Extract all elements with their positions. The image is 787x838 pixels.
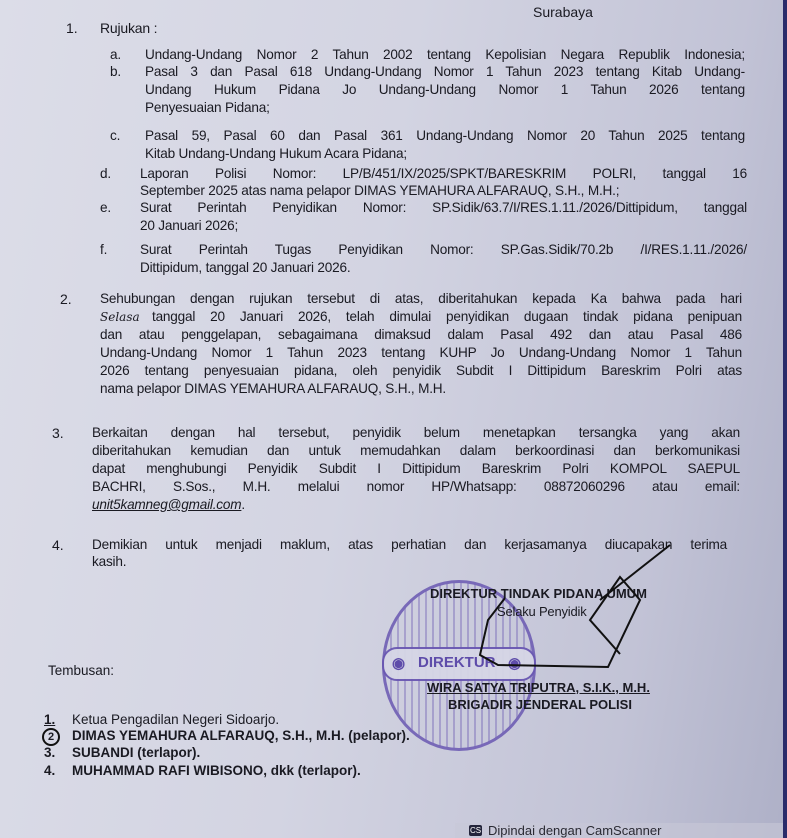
cc-2-number: 2 — [42, 728, 60, 746]
scanner-text: Dipindai dengan CamScanner — [488, 823, 661, 838]
cc-4-text: MUHAMMAD RAFI WIBISONO, dkk (terlapor). — [72, 763, 361, 778]
scanner-watermark: CSDipindai dengan CamScanner — [455, 823, 787, 838]
camscanner-logo-icon: CS — [469, 825, 482, 836]
cc-3-text: SUBANDI (terlapor). — [72, 745, 200, 760]
cc-2-text: DIMAS YEMAHURA ALFARAUQ, S.H., M.H. (pel… — [72, 728, 410, 743]
cc-4-number: 4. — [44, 763, 55, 778]
screen-edge — [783, 0, 787, 838]
cc-1-number: 1. — [44, 712, 55, 727]
tembusan-label: Tembusan: — [48, 663, 114, 678]
cc-3-number: 3. — [44, 745, 55, 760]
letter-page: Surabaya 1. Rujukan : a. Undang-Undang N… — [0, 0, 787, 838]
cc-1-text: Ketua Pengadilan Negeri Sidoarjo. — [72, 712, 279, 727]
